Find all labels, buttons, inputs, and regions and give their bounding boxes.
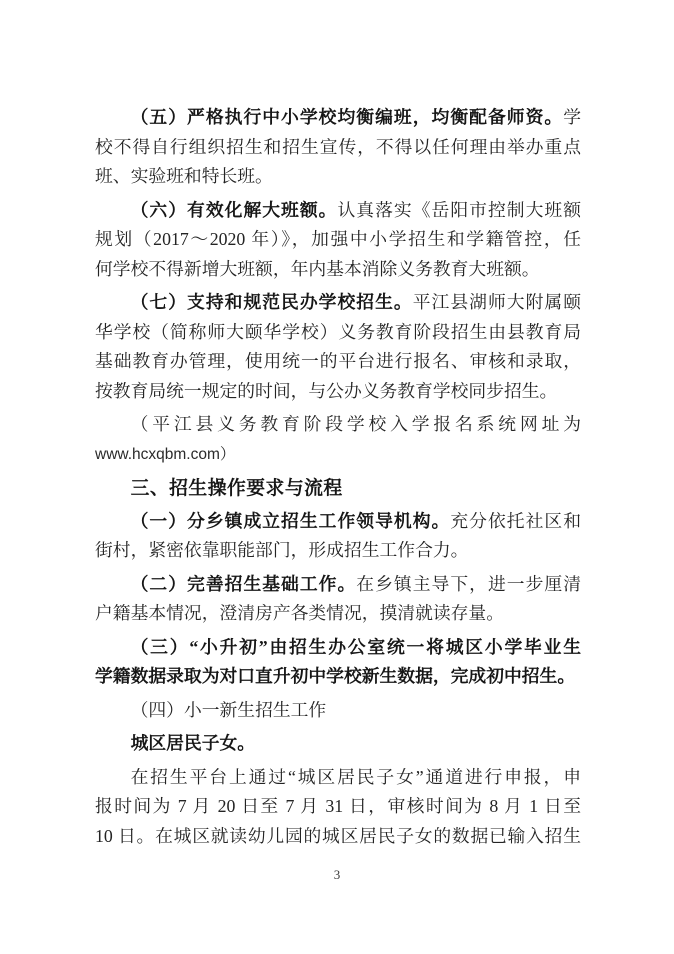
text-segment: 华学校（简称师大颐华学校）义务教育阶段招生由县教育局: [95, 322, 581, 342]
document-content: （五）严格执行中小学校均衡编班，均衡配备师资。学校不得自行组织招生和招生宣传，不…: [95, 103, 581, 855]
text-segment: 何学校不得新增大班额，年内基本消除义务教育大班额。: [95, 259, 540, 279]
text-segment: 充分依托社区和: [450, 511, 581, 531]
bold-text-segment: （六）有效化解大班额。: [131, 200, 338, 220]
text-line: 班、实验班和特长班。: [95, 162, 581, 192]
text-line: （一）分乡镇成立招生工作领导机构。充分依托社区和: [95, 507, 581, 537]
text-segment: （平江县义务教育阶段学校入学报名系统网址为: [131, 414, 581, 434]
website-url-line: www.hcxqbm.com）: [95, 440, 581, 470]
text-line: 规划（2017～2020 年）》，加强中小学招生和学籍管控，任: [95, 225, 581, 255]
para-website-note: （平江县义务教育阶段学校入学报名系统网址为www.hcxqbm.com）: [95, 410, 581, 469]
para-subhead-urban-residents: 城区居民子女。: [95, 729, 581, 759]
section-heading-line: 三、招生操作要求与流程: [95, 473, 581, 503]
text-segment: （四）小一新生招生工作: [131, 700, 327, 720]
para-item-6: （六）有效化解大班额。认真落实《岳阳市控制大班额规划（2017～2020 年）》…: [95, 196, 581, 285]
bold-text-segment: （七）支持和规范民办学校招生。: [131, 292, 413, 312]
text-line: 华学校（简称师大颐华学校）义务教育阶段招生由县教育局: [95, 318, 581, 348]
text-line: （七）支持和规范民办学校招生。平江县湖师大附属颐: [95, 288, 581, 318]
text-line: 何学校不得新增大班额，年内基本消除义务教育大班额。: [95, 255, 581, 285]
text-line: 按教育局统一规定的时间，与公办义务教育学校同步招生。: [95, 377, 581, 407]
bold-text-segment: 三、招生操作要求与流程: [131, 477, 343, 498]
bold-text-segment: （五）严格执行中小学校均衡编班，均衡配备师资。: [131, 107, 564, 127]
text-line: （平江县义务教育阶段学校入学报名系统网址为: [95, 410, 581, 440]
para-item-4: （四）小一新生招生工作: [95, 696, 581, 726]
document-page: （五）严格执行中小学校均衡编班，均衡配备师资。学校不得自行组织招生和招生宣传，不…: [0, 0, 674, 954]
text-line: （五）严格执行中小学校均衡编班，均衡配备师资。学: [95, 103, 581, 133]
para-item-5: （五）严格执行中小学校均衡编班，均衡配备师资。学校不得自行组织招生和招生宣传，不…: [95, 103, 581, 192]
text-line: （六）有效化解大班额。认真落实《岳阳市控制大班额: [95, 196, 581, 226]
para-item-2: （二）完善招生基础工作。在乡镇主导下，进一步厘清户籍基本情况，澄清房产各类情况，…: [95, 570, 581, 629]
text-segment: 学: [563, 107, 581, 127]
text-segment: 在招生平台上通过“城区居民子女”通道进行申报，申: [131, 767, 581, 787]
text-segment: 平江县湖师大附属颐: [413, 292, 581, 312]
para-item-1: （一）分乡镇成立招生工作领导机构。充分依托社区和街村，紧密依靠职能部门，形成招生…: [95, 507, 581, 566]
text-segment: 街村，紧密依靠职能部门，形成招生工作合力。: [95, 540, 468, 560]
text-line: 校不得自行组织招生和招生宣传，不得以任何理由举办重点: [95, 133, 581, 163]
text-line: 学籍数据录取为对口直升初中学校新生数据，完成初中招生。: [95, 662, 581, 692]
text-line: 城区居民子女。: [95, 729, 581, 759]
bold-text-segment: 城区居民子女。: [131, 733, 255, 753]
text-segment: 规划（2017～2020 年）》，加强中小学招生和学籍管控，任: [95, 229, 581, 249]
bold-text-segment: （三）“小升初”由招生办公室统一将城区小学毕业生: [131, 637, 581, 657]
para-item-7: （七）支持和规范民办学校招生。平江县湖师大附属颐华学校（简称师大颐华学校）义务教…: [95, 288, 581, 406]
text-segment: 报时间为 7 月 20 日至 7 月 31 日，审核时间为 8 月 1 日至: [95, 796, 581, 816]
text-line: 街村，紧密依靠职能部门，形成招生工作合力。: [95, 536, 581, 566]
bold-text-segment: （二）完善招生基础工作。: [131, 574, 357, 594]
page-number: 3: [0, 867, 674, 883]
text-segment: 户籍基本情况，澄清房产各类情况，摸清就读存量。: [95, 603, 504, 623]
text-segment: 按教育局统一规定的时间，与公办义务教育学校同步招生。: [95, 381, 557, 401]
text-segment: 校不得自行组织招生和招生宣传，不得以任何理由举办重点: [95, 137, 581, 157]
text-line: 户籍基本情况，澄清房产各类情况，摸清就读存量。: [95, 599, 581, 629]
text-line: （二）完善招生基础工作。在乡镇主导下，进一步厘清: [95, 570, 581, 600]
section-heading-3: 三、招生操作要求与流程: [95, 473, 581, 503]
para-urban-residents-detail: 在招生平台上通过“城区居民子女”通道进行申报，申报时间为 7 月 20 日至 7…: [95, 763, 581, 852]
text-segment: 班、实验班和特长班。: [95, 166, 273, 186]
text-segment: www.hcxqbm.com）: [95, 446, 235, 463]
para-item-3: （三）“小升初”由招生办公室统一将城区小学毕业生学籍数据录取为对口直升初中学校新…: [95, 633, 581, 692]
bold-text-segment: 学籍数据录取为对口直升初中学校新生数据，完成初中招生。: [95, 666, 575, 686]
text-segment: 认真落实《岳阳市控制大班额: [338, 200, 581, 220]
text-segment: 10 日。在城区就读幼儿园的城区居民子女的数据已输入招生: [95, 826, 581, 846]
text-line: 基础教育办管理，使用统一的平台进行报名、审核和录取，: [95, 347, 581, 377]
text-segment: 在乡镇主导下，进一步厘清: [356, 574, 581, 594]
text-line: （四）小一新生招生工作: [95, 696, 581, 726]
text-line: 报时间为 7 月 20 日至 7 月 31 日，审核时间为 8 月 1 日至: [95, 792, 581, 822]
text-line: 在招生平台上通过“城区居民子女”通道进行申报，申: [95, 763, 581, 793]
text-line: 10 日。在城区就读幼儿园的城区居民子女的数据已输入招生: [95, 822, 581, 852]
text-segment: 基础教育办管理，使用统一的平台进行报名、审核和录取，: [95, 351, 581, 371]
text-line: （三）“小升初”由招生办公室统一将城区小学毕业生: [95, 633, 581, 663]
bold-text-segment: （一）分乡镇成立招生工作领导机构。: [131, 511, 451, 531]
